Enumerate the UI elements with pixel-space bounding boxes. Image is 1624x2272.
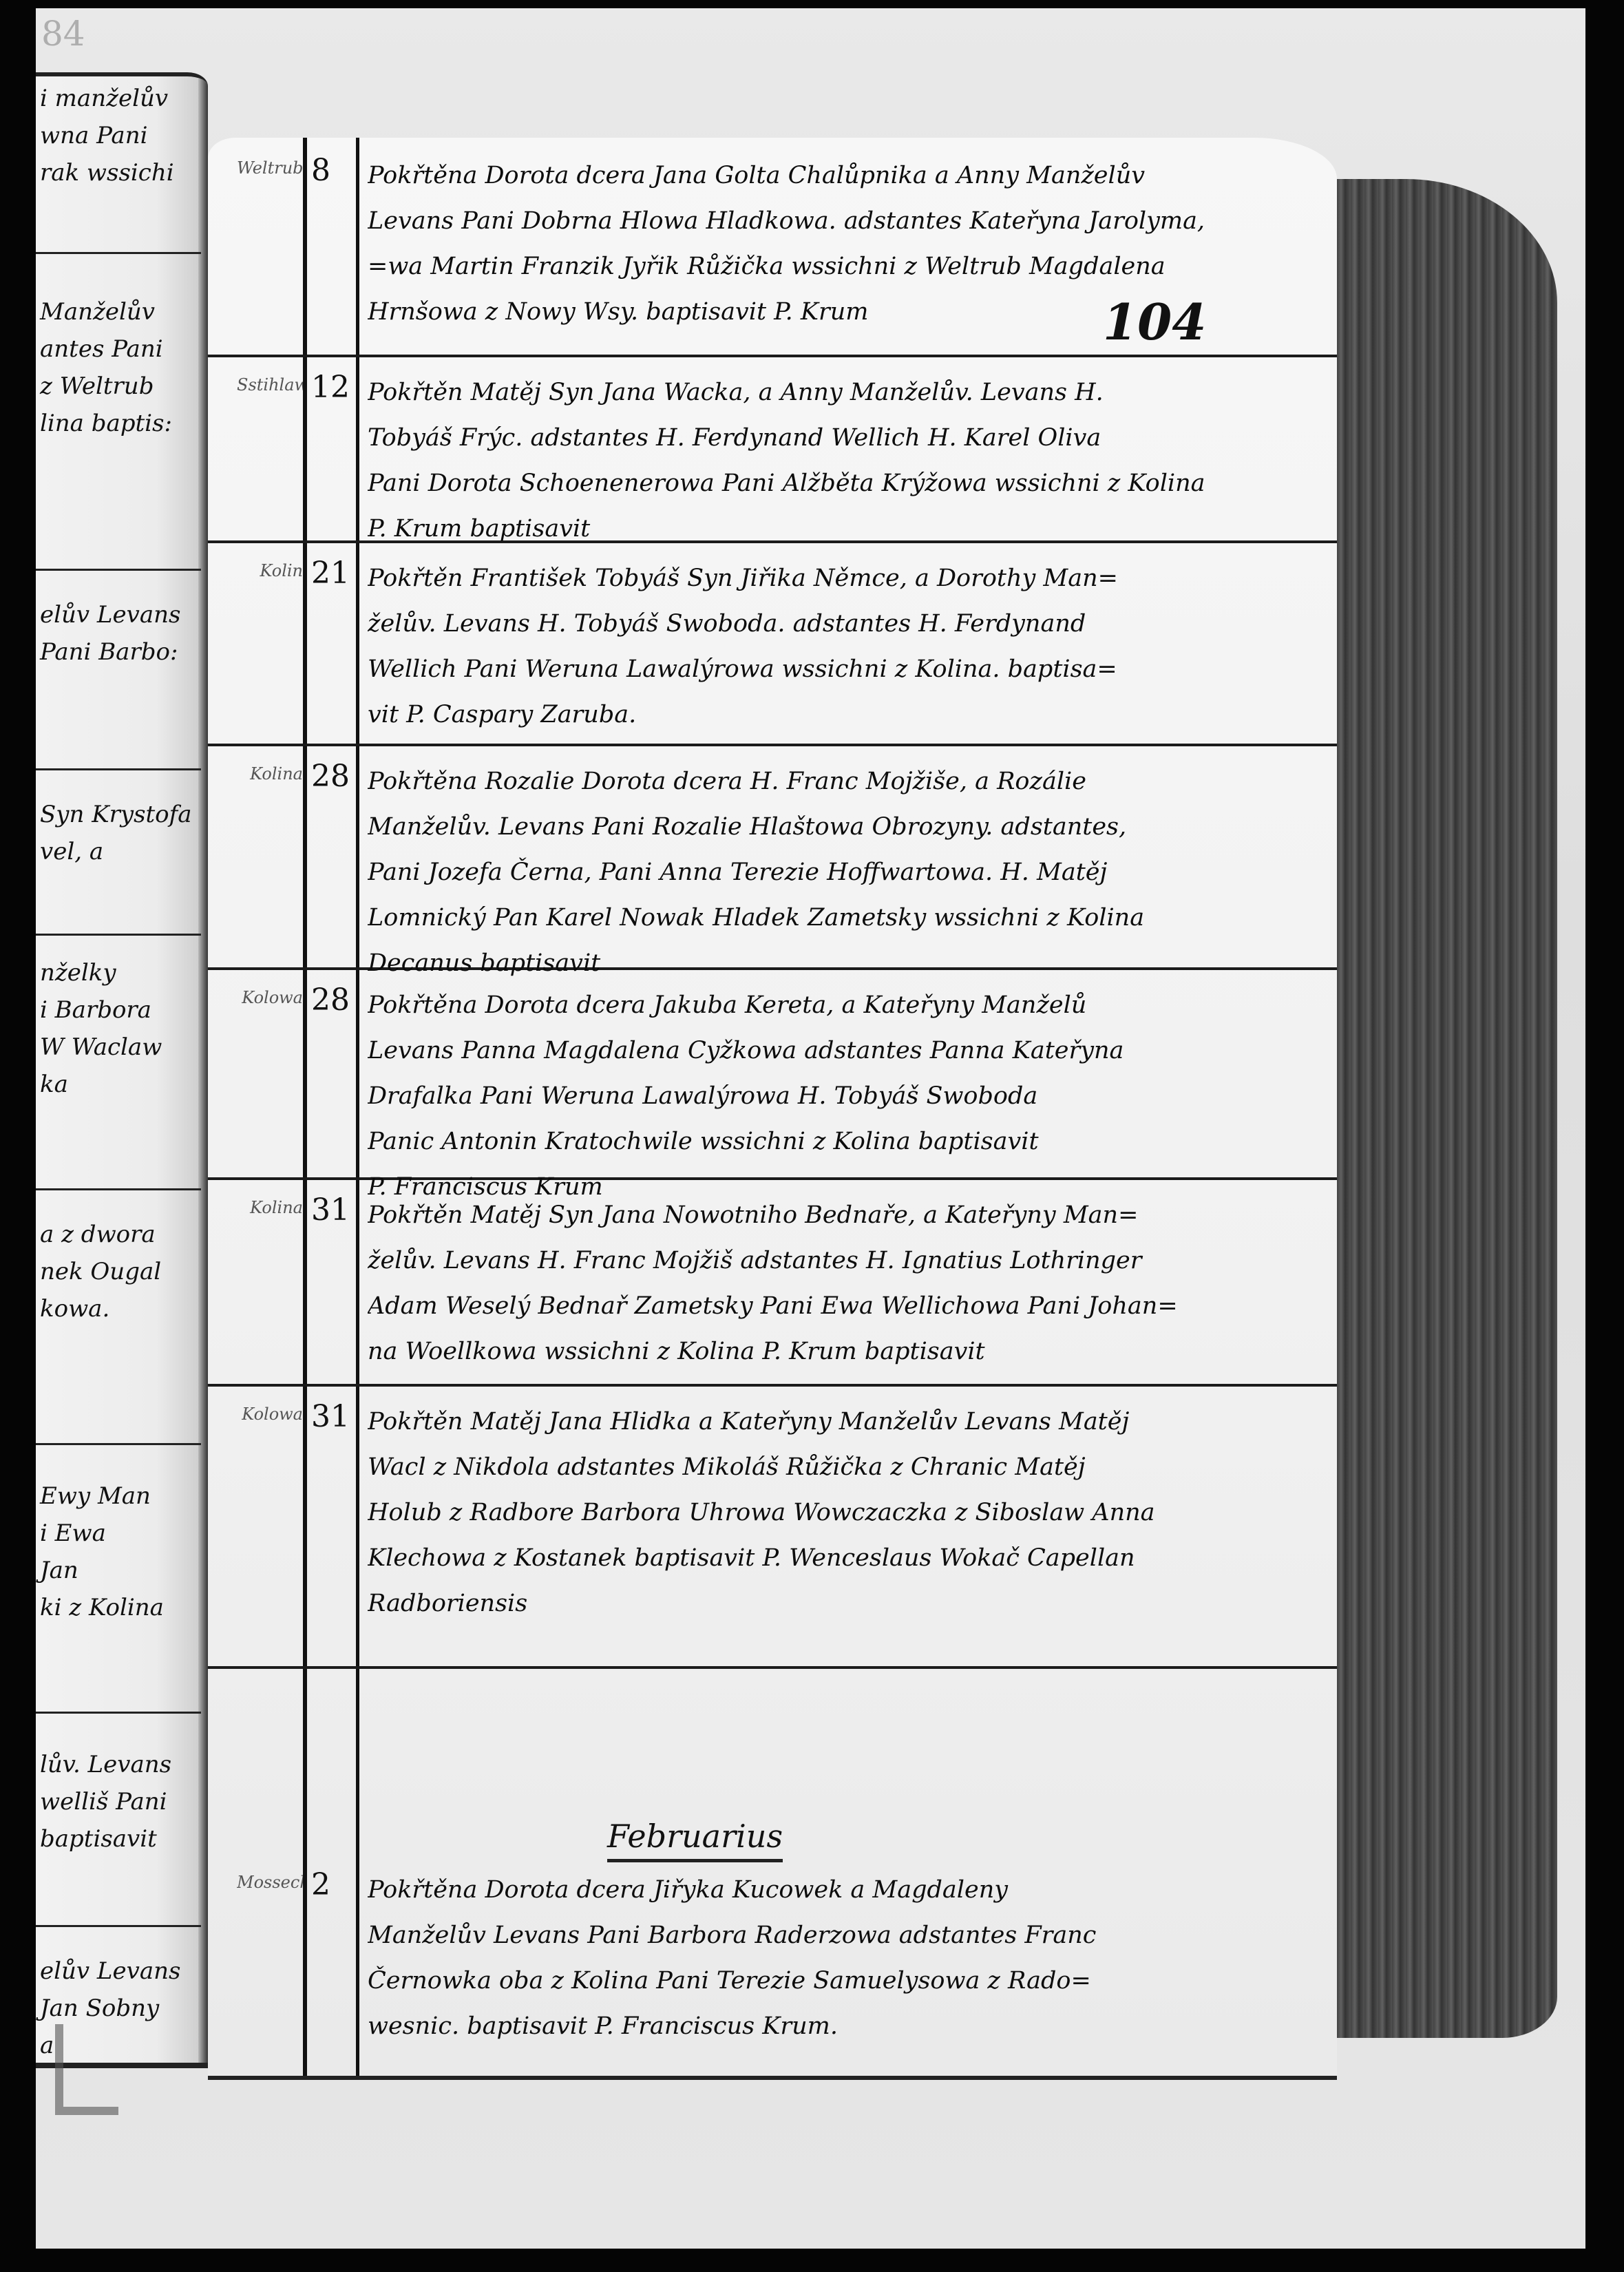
left-page-entry-fragment: Manželůvantes Paniz Weltrublina baptis:	[36, 293, 201, 571]
folio-number: 104	[1103, 293, 1206, 351]
entry-text: Pokřtěn Matěj Jana Hlidka a Kateřyny Man…	[368, 1399, 1328, 1626]
entry-place-name: Kolowa	[237, 1405, 303, 1424]
entry-line: Tobyáš Frýc. adstantes H. Ferdynand Well…	[368, 415, 1328, 461]
entry-day: 12	[311, 370, 352, 405]
baptism-entry: Kolina28Pokřtěna Rozalie Dorota dcera H.…	[208, 744, 1337, 970]
left-page-line: kowa.	[36, 1290, 201, 1327]
left-page-line: baptisavit	[36, 1820, 201, 1858]
entry-place-name: Kolowa	[237, 988, 303, 1007]
film-border-left	[0, 0, 36, 2272]
entry-line: Drafalka Pani Weruna Lawalýrowa H. Tobyá…	[368, 1073, 1328, 1119]
entry-line: =wa Martin Franzik Jyřik Růžička wssichn…	[368, 244, 1328, 289]
entry-day: 28	[311, 982, 352, 1018]
film-border-bottom	[0, 2249, 1624, 2272]
entry-line: Radboriensis	[368, 1581, 1328, 1626]
entry-day: 31	[311, 1192, 352, 1228]
entry-line: Manželův Levans Pani Barbora Raderzowa a…	[368, 1913, 1328, 1958]
entry-place-name: Mossechice	[237, 1873, 303, 1892]
left-page-line: Pani Barbo:	[36, 633, 201, 671]
left-facing-page: i manželůvwna Panirak wssichiManželůvant…	[36, 72, 208, 2068]
left-page-line: Ewy Man	[36, 1477, 201, 1515]
right-register-page: Weltrub8Pokřtěna Dorota dcera Jana Golta…	[208, 138, 1337, 2080]
left-page-entry-fragment: Ewy Mani EwaJanki z Kolina	[36, 1477, 201, 1714]
entry-line: wesnic. baptisavit P. Franciscus Krum.	[368, 2003, 1328, 2049]
entry-day: 21	[311, 556, 352, 591]
entry-day: 8	[311, 153, 352, 188]
left-page-line: z Weltrub	[36, 368, 201, 405]
film-border-right	[1585, 0, 1624, 2272]
entry-place-name: Kolin	[237, 561, 303, 580]
entry-line: Lomnický Pan Karel Nowak Hladek Zametsky…	[368, 895, 1328, 940]
entry-line: Levans Panna Magdalena Cyžkowa adstantes…	[368, 1028, 1328, 1073]
entry-line: Klechowa z Kostanek baptisavit P. Wences…	[368, 1535, 1328, 1581]
entry-line: Pokřtěn Matěj Syn Jana Wacka, a Anny Man…	[368, 370, 1328, 415]
left-page-line: antes Pani	[36, 330, 201, 368]
entry-text: Pokřtěna Rozalie Dorota dcera H. Franc M…	[368, 759, 1328, 986]
entry-line: Černowka oba z Kolina Pani Terezie Samue…	[368, 1958, 1328, 2003]
left-page-line: Syn Krystofa	[36, 796, 201, 833]
entry-day: 28	[311, 759, 352, 794]
left-page-line: Jan	[36, 1552, 201, 1589]
entry-line: Pokřtěn František Tobyáš Syn Jiřika Němc…	[368, 556, 1328, 601]
left-page-line: a z dwora	[36, 1216, 201, 1253]
entry-day: 2	[311, 1867, 352, 1902]
entry-place-name: Kolina	[237, 1198, 303, 1217]
baptism-entry: Kolina31Pokřtěn Matěj Syn Jana Nowotniho…	[208, 1177, 1337, 1387]
entry-text: Pokřtěn František Tobyáš Syn Jiřika Němc…	[368, 556, 1328, 737]
entry-line: Pani Dorota Schoenenerowa Pani Alžběta K…	[368, 461, 1328, 506]
entry-line: Pokřtěn Matěj Jana Hlidka a Kateřyny Man…	[368, 1399, 1328, 1444]
left-page-line: i Barbora	[36, 991, 201, 1029]
month-heading: Februarius	[607, 1818, 783, 1862]
left-page-line: W Waclaw	[36, 1029, 201, 1066]
left-page-line: rak wssichi	[36, 154, 201, 191]
left-page-line: wna Pani	[36, 117, 201, 154]
left-page-line: welliš Pani	[36, 1783, 201, 1820]
baptism-entry: Kolin21Pokřtěn František Tobyáš Syn Jiři…	[208, 540, 1337, 746]
left-page-line: Manželův	[36, 293, 201, 330]
left-page-entry-fragment: elův LevansPani Barbo:	[36, 596, 201, 770]
entry-line: na Woellkowa wssichni z Kolina P. Krum b…	[368, 1329, 1328, 1374]
left-page-line: lův. Levans	[36, 1746, 201, 1783]
entry-text: Pokřtěna Dorota dcera Jiřyka Kucowek a M…	[368, 1867, 1328, 2049]
entry-line: Pokřtěna Dorota dcera Jana Golta Chalůpn…	[368, 153, 1328, 198]
corner-crop-mark	[55, 2024, 118, 2115]
entry-text: Pokřtěna Dorota dcera Jakuba Kereta, a K…	[368, 982, 1328, 1210]
entry-line: Manželův. Levans Pani Rozalie Hlaštowa O…	[368, 804, 1328, 850]
entry-line: želův. Levans H. Franc Mojžiš adstantes …	[368, 1238, 1328, 1283]
entry-place-name: Kolina	[237, 764, 303, 783]
left-page-line: elův Levans	[36, 596, 201, 633]
left-page-line: Jan Sobny	[36, 1990, 201, 2027]
baptism-entry: Kolowa28Pokřtěna Dorota dcera Jakuba Ker…	[208, 967, 1337, 1180]
left-page-line: nželky	[36, 954, 201, 991]
entry-place-name: Sstihlawor	[237, 375, 303, 395]
left-page-line: i Ewa	[36, 1515, 201, 1552]
entry-line: Wellich Pani Weruna Lawalýrowa wssichni …	[368, 646, 1328, 692]
baptism-entry: Sstihlawor12Pokřtěn Matěj Syn Jana Wacka…	[208, 355, 1337, 543]
left-page-entry-fragment: i manželůvwna Panirak wssichi	[36, 80, 201, 254]
left-page-entry-fragment: nželkyi BarboraW Waclawka	[36, 954, 201, 1190]
entry-line: Levans Pani Dobrna Hlowa Hladkowa. adsta…	[368, 198, 1328, 244]
entry-line: Pokřtěna Dorota dcera Jiřyka Kucowek a M…	[368, 1867, 1328, 1913]
left-page-line: vel, a	[36, 833, 201, 870]
left-page-line: nek Ougal	[36, 1253, 201, 1290]
left-page-entry-fragment: a z dworanek Ougalkowa.	[36, 1216, 201, 1445]
left-page-entry-fragment: Syn Krystofavel, a	[36, 796, 201, 936]
entry-place-name: Weltrub	[237, 158, 303, 178]
entry-line: Holub z Radbore Barbora Uhrowa Wowczaczk…	[368, 1490, 1328, 1535]
reverse-show-through-number: 84	[41, 14, 151, 62]
left-page-line: elův Levans	[36, 1953, 201, 1990]
book-fore-edge	[1337, 179, 1557, 2038]
entry-line: Pani Jozefa Černa, Pani Anna Terezie Hof…	[368, 850, 1328, 895]
entry-line: vit P. Caspary Zaruba.	[368, 692, 1328, 737]
entry-line: Pokřtěn Matěj Syn Jana Nowotniho Bednaře…	[368, 1192, 1328, 1238]
entry-line: Wacl z Nikdola adstantes Mikoláš Růžička…	[368, 1444, 1328, 1490]
entry-line: Pokřtěna Rozalie Dorota dcera H. Franc M…	[368, 759, 1328, 804]
left-page-line: i manželův	[36, 80, 201, 117]
entry-text: Pokřtěn Matěj Syn Jana Wacka, a Anny Man…	[368, 370, 1328, 551]
entry-line: Adam Weselý Bednař Zametsky Pani Ewa Wel…	[368, 1283, 1328, 1329]
entry-line: Pokřtěna Dorota dcera Jakuba Kereta, a K…	[368, 982, 1328, 1028]
entry-line: želův. Levans H. Tobyáš Swoboda. adstant…	[368, 601, 1328, 646]
entry-text: Pokřtěn Matěj Syn Jana Nowotniho Bednaře…	[368, 1192, 1328, 1374]
entry-day: 31	[311, 1399, 352, 1434]
left-page-line: lina baptis:	[36, 405, 201, 442]
left-page-line: ki z Kolina	[36, 1589, 201, 1626]
entry-line: Panic Antonin Kratochwile wssichni z Kol…	[368, 1119, 1328, 1164]
film-border-top	[0, 0, 1624, 8]
baptism-entry: Kolowa31Pokřtěn Matěj Jana Hlidka a Kate…	[208, 1384, 1337, 1669]
left-page-entry-fragment: lův. Levanswelliš Panibaptisavit	[36, 1746, 201, 1927]
left-page-line: ka	[36, 1066, 201, 1103]
